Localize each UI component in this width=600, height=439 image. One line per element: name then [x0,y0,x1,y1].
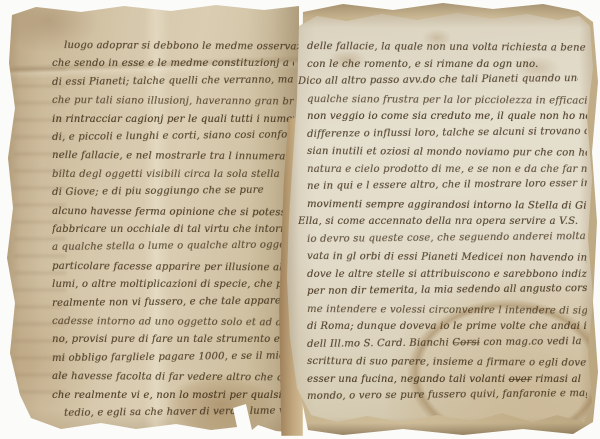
manuscript-line: sian inutili et oziosi al mondo noviamo … [307,145,587,161]
manuscript-line: Ella, si come accennato della nra opera … [298,215,578,229]
manuscript-line: no, provisi pure di fare un tale strumen… [52,333,294,347]
left-page: luogo adoprar si debbono le medme osserv… [6,3,299,435]
manuscript-line: scrittura di suo parere, insieme a firma… [307,355,587,371]
manuscript-line: dove le altre stelle si attribuiscono e … [307,268,587,282]
manuscript-line: io devro su queste cose, che seguendo an… [307,230,587,247]
manuscript-line: bilta degl oggetti visibili circa la sol… [52,168,294,182]
manuscript-line: di essi Pianeti; talche quelli che verra… [52,73,294,90]
manuscript-line: lumi, o altre moltiplicazioni di specie,… [52,278,294,292]
manuscript-line: in rintracciar cagionj per le quali tutt… [52,113,294,127]
manuscript-line: ne in qui e l essere altro, che il mostr… [307,177,587,194]
manuscript-line: luogo adoprar si debbono le medme osserv… [52,39,306,55]
manuscript-line: natura e cielo prodotto di me, e se non … [307,163,587,177]
manuscript-line: mondo, o vero se pure fussero quivi, fan… [307,387,587,404]
manuscript-line: me intendere e volessi circonvenire l in… [307,303,587,319]
manuscript-line: movimenti sempre aggirandosi intorno la … [307,198,587,214]
manuscript-line: di, e piccoli e lunghi e corti, siano co… [52,128,294,145]
manuscript-line: mi obbligo fargliele pagare 1000, e se i… [52,349,294,366]
manuscript-line: esser una fucina, negando tali volanti o… [307,373,587,387]
manuscript-line: dell Ill.mo S. Card. Bianchi C̶o̶r̶s̶i̶ … [307,335,587,352]
manuscript-line: differenze o influssi loro, talche se al… [307,125,587,142]
manuscript-line: delle fallacie, la quale non una volta r… [307,40,587,56]
manuscript-line: particolare facesse apparire per illusio… [52,260,294,275]
manuscript-line: qualche siano frustra per la lor picciol… [307,93,587,109]
manuscript-line: che realmente vi e, non lo mostri per qu… [52,389,294,403]
manuscript-line: non veggio io come sia creduto me, il qu… [307,110,587,124]
manuscript-line: vata in gl orbi di essi Pianeti Medicei … [307,250,587,266]
manuscript-line: di Roma; dunque doveva io le prime volte… [307,320,587,334]
manuscript-line: alcuno havesse ferma opinione che si pot… [52,205,294,220]
manuscript-photo: luogo adoprar si debbono le medme osserv… [0,0,600,439]
manuscript-line: che sendo in esse e le medme constituzio… [52,57,294,71]
manuscript-line: per non dir temerita, la mia sedendo all… [307,282,587,299]
manuscript-line: che pur tali siano illusionj, haveranno … [52,94,294,109]
manuscript-line: ale havesse facolta di far vedere altro … [52,370,294,385]
manuscript-line: cadesse intorno ad uno oggetto solo et a… [52,315,294,330]
manuscript-line: a qualche stella o lume o qualche altro … [52,238,294,255]
manuscript-line: realmente non vi fussero, e che tale app… [52,294,294,311]
manuscript-line: tedio, e egli sa che haver di vero il lu… [52,404,306,421]
manuscript-line: Dico all altro passo avv.do che tali Pia… [298,72,578,89]
manuscript-line: con le che romento, e si rimane da ogn u… [307,58,587,72]
right-page: delle fallacie, la quale non una volta r… [287,8,593,432]
manuscript-line: fabbricare un occhiale di tal virtu che … [52,223,294,237]
manuscript-line: di Giove; e di piu soggiungo che se pure [52,183,294,200]
manuscript-line: nelle fallacie, e nel mostrarle tra l in… [52,149,294,164]
